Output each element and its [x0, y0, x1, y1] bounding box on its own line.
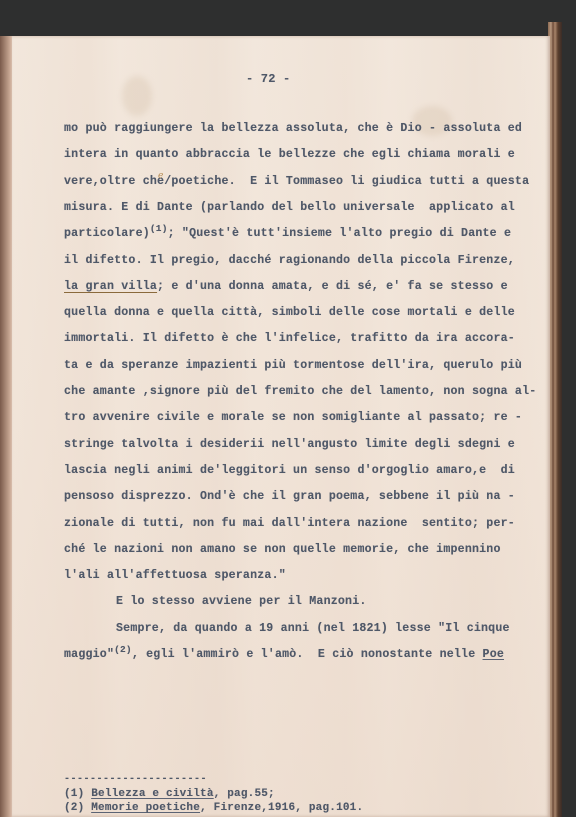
paper-stain — [122, 76, 152, 116]
footnote-title: Memorie poetiche — [91, 802, 200, 814]
text-line: quella donna e quella città, simboli del… — [64, 306, 515, 319]
text-line: l'ali all'affettuosa speranza." — [64, 569, 286, 582]
text-line: zionale di tutti, non fu mai dall'intera… — [64, 517, 515, 530]
scan-background: - 72 - mo può raggiungere la bellezza as… — [0, 0, 576, 817]
typewritten-page: - 72 - mo può raggiungere la bellezza as… — [12, 36, 550, 817]
page-number: - 72 - — [246, 72, 290, 86]
text-line: particolare)(1); "Quest'è tutt'insieme l… — [64, 227, 511, 240]
footnote-title: Bellezza e civiltà — [91, 788, 213, 800]
underlined-title-start: Poe — [483, 648, 504, 661]
text-line: stringe talvolta i desiderii nell'angust… — [64, 438, 515, 451]
text-line: il difetto. Il pregio, dacché ragionando… — [64, 254, 515, 267]
handwritten-correction: e — [158, 171, 163, 181]
text-line: tro avvenire civile e morale se non somi… — [64, 411, 522, 424]
text-line: vere,oltre che/poetiche. E il Tommaseo l… — [64, 175, 529, 188]
text-line: Sempre, da quando a 19 anni (nel 1821) l… — [116, 622, 510, 635]
text-line: ché le nazioni non amano se non quelle m… — [64, 543, 501, 556]
footnote-reference: (1) — [150, 223, 168, 234]
footnote: (2) Memorie poetiche, Firenze,1916, pag.… — [64, 802, 363, 814]
text-line: che amante ,signore più del fremito che … — [64, 385, 536, 398]
footnote-reference: (2) — [114, 644, 132, 655]
footnote: (1) Bellezza e civiltà, pag.55; — [64, 788, 275, 800]
text-line: misura. E di Dante (parlando del bello u… — [64, 201, 515, 214]
text-line: pensoso disprezzo. Ond'è che il gran poe… — [64, 490, 515, 503]
text-line: mo può raggiungere la bellezza assoluta,… — [64, 122, 522, 135]
underlined-phrase: la gran villa — [64, 280, 157, 293]
footnote-separator: ---------------------- — [64, 774, 207, 785]
page-edge-stack — [548, 22, 562, 817]
text-line: ta e da speranze impazienti più tormento… — [64, 359, 522, 372]
text-line: la gran villa; e d'una donna amata, e di… — [64, 280, 508, 293]
text-line: lascia negli animi de'leggitori un senso… — [64, 464, 515, 477]
text-line: E lo stesso avviene per il Manzoni. — [116, 595, 367, 608]
text-line: maggio"(2), egli l'ammirò e l'amò. E ciò… — [64, 648, 504, 661]
text-line: immortali. Il difetto è che l'infelice, … — [64, 332, 515, 345]
text-line: intera in quanto abbraccia le bellezze c… — [64, 148, 515, 161]
